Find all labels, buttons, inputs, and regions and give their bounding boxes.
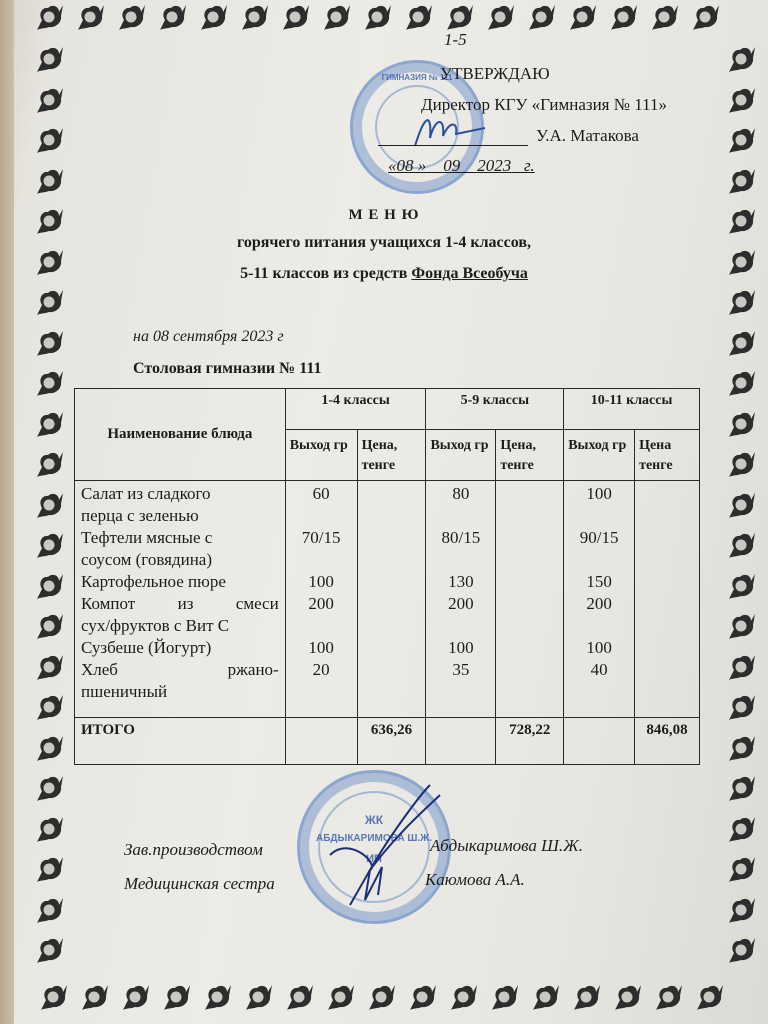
yield-value	[564, 681, 634, 703]
menu-title: М Е Н Ю	[0, 207, 768, 224]
total-empty	[564, 718, 635, 765]
yield-value	[286, 505, 357, 527]
flower-ornament-icon	[34, 166, 64, 196]
menu-date: на 08 сентября 2023 г	[133, 328, 284, 346]
flower-ornament-icon	[653, 982, 683, 1012]
flower-ornament-icon	[325, 982, 355, 1012]
signature-role: Медицинская сестра	[124, 874, 275, 894]
dish-column-header: Наименование блюда	[75, 389, 286, 481]
flower-ornament-icon	[448, 982, 478, 1012]
yield-cell-5-9: 80 80/15 130200 10035	[426, 481, 496, 718]
approval-date: «08 » 09 2023 г.	[388, 156, 535, 176]
price-cell-5-9	[496, 481, 564, 718]
flower-ornament-icon	[612, 982, 642, 1012]
flower-ornament-icon	[726, 814, 756, 844]
yield-value: 80	[426, 483, 495, 505]
flower-ornament-icon	[567, 2, 597, 32]
flower-ornament-icon	[366, 982, 396, 1012]
yield-value: 100	[286, 637, 357, 659]
flower-ornament-icon	[202, 982, 232, 1012]
flower-ornament-icon	[34, 935, 64, 965]
yield-value: 200	[426, 593, 495, 615]
menu-subtitle-2: 5-11 классов из средств Фонда Всеобуча	[0, 265, 768, 283]
flower-ornament-icon	[489, 982, 519, 1012]
flower-ornament-icon	[726, 854, 756, 884]
flower-ornament-icon	[726, 490, 756, 520]
approved-label: УТВЕРЖДАЮ	[440, 64, 550, 84]
yield-value	[426, 549, 495, 571]
yield-value: 200	[564, 593, 634, 615]
yield-value: 70/15	[286, 527, 357, 549]
flower-ornament-icon	[726, 611, 756, 641]
date-suffix: г.	[524, 156, 535, 175]
flower-ornament-icon	[34, 814, 64, 844]
flower-ornament-icon	[34, 44, 64, 74]
flower-ornament-icon	[34, 895, 64, 925]
yield-header: Выход гр	[426, 430, 496, 481]
yield-value: 150	[564, 571, 634, 593]
flower-ornament-icon	[726, 571, 756, 601]
dish-name-line: Хлебржано-	[81, 659, 279, 681]
subtitle-prefix: 5-11 классов из средств	[240, 265, 411, 282]
yield-value: 100	[564, 637, 634, 659]
flower-ornament-icon	[34, 773, 64, 803]
signatory-line: У.А. Матакова	[378, 126, 639, 146]
yield-cell-1-4: 60 70/15 100200 10020	[285, 481, 357, 718]
flower-ornament-icon	[34, 287, 64, 317]
group-header-1-4: 1-4 классы	[285, 389, 426, 430]
flower-ornament-icon	[407, 982, 437, 1012]
date-year: 2023	[477, 156, 511, 175]
yield-value	[564, 549, 634, 571]
yield-value: 100	[426, 637, 495, 659]
flower-ornament-icon	[116, 2, 146, 32]
flower-ornament-icon	[120, 982, 150, 1012]
flower-ornament-icon	[239, 2, 269, 32]
flower-ornament-icon	[321, 2, 351, 32]
flower-ornament-icon	[34, 85, 64, 115]
dish-name-line: сух/фруктов с Вит С	[81, 615, 279, 637]
price-header: Цена тенге	[635, 430, 700, 481]
dish-name-line: Картофельное пюре	[81, 571, 279, 593]
flower-ornament-icon	[403, 2, 433, 32]
menu-subtitle-1: горячего питания учащихся 1-4 классов,	[0, 234, 768, 252]
flower-ornament-icon	[726, 449, 756, 479]
yield-value	[286, 615, 357, 637]
total-10-11: 846,08	[635, 718, 700, 765]
yield-value: 100	[286, 571, 357, 593]
table-body-row: Салат из сладкогоперца с зеленьюТефтели …	[75, 481, 700, 718]
yield-value: 100	[564, 483, 634, 505]
menu-table: Наименование блюда 1-4 классы 5-9 классы…	[74, 388, 700, 765]
flower-ornament-icon	[362, 2, 392, 32]
flower-ornament-icon	[34, 733, 64, 763]
yield-value	[564, 505, 634, 527]
flower-ornament-icon	[34, 692, 64, 722]
flower-ornament-icon	[726, 733, 756, 763]
yield-value: 130	[426, 571, 495, 593]
yield-header: Выход гр	[285, 430, 357, 481]
flower-ornament-icon	[726, 44, 756, 74]
dish-name-line: перца с зеленью	[81, 505, 279, 527]
flower-ornament-icon	[530, 982, 560, 1012]
flower-ornament-icon	[34, 328, 64, 358]
flower-ornament-icon	[161, 982, 191, 1012]
flower-ornament-icon	[571, 982, 601, 1012]
flower-ornament-icon	[526, 2, 556, 32]
dish-name-line: Сузбеше (Йогурт)	[81, 637, 279, 659]
price-cell-1-4	[357, 481, 426, 718]
director-line: Директор КГУ «Гимназия № 111»	[421, 95, 667, 115]
flower-ornament-icon	[198, 2, 228, 32]
total-5-9: 728,22	[496, 718, 564, 765]
flower-ornament-icon	[726, 895, 756, 925]
yield-value: 90/15	[564, 527, 634, 549]
yield-value: 200	[286, 593, 357, 615]
yield-value: 35	[426, 659, 495, 681]
group-header-10-11: 10-11 классы	[564, 389, 700, 430]
price-header: Цена, тенге	[357, 430, 426, 481]
dish-name-line: пшеничный	[81, 681, 279, 703]
flower-ornament-icon	[34, 530, 64, 560]
yield-value: 60	[286, 483, 357, 505]
yield-value: 20	[286, 659, 357, 681]
page-number: 1-5	[444, 30, 467, 50]
dish-name-line: соусом (говядина)	[81, 549, 279, 571]
flower-ornament-icon	[284, 982, 314, 1012]
flower-ornament-icon	[34, 409, 64, 439]
flower-ornament-icon	[34, 2, 64, 32]
flower-ornament-icon	[79, 982, 109, 1012]
yield-value: 80/15	[426, 527, 495, 549]
total-1-4: 636,26	[357, 718, 426, 765]
yield-value: 40	[564, 659, 634, 681]
flower-ornament-icon	[726, 692, 756, 722]
yield-value	[426, 681, 495, 703]
signature-name: Абдыкаримова Ш.Ж.	[430, 836, 583, 856]
flower-ornament-icon	[608, 2, 638, 32]
flower-ornament-icon	[726, 85, 756, 115]
total-empty	[426, 718, 496, 765]
chef-signature	[310, 775, 450, 915]
flower-ornament-icon	[34, 854, 64, 884]
signature-name: Каюмова А.А.	[425, 870, 525, 890]
flower-ornament-icon	[34, 125, 64, 155]
flower-ornament-icon	[726, 287, 756, 317]
yield-value	[286, 549, 357, 571]
yield-header: Выход гр	[564, 430, 635, 481]
yield-value	[426, 505, 495, 527]
dish-name-line: Тефтели мясные с	[81, 527, 279, 549]
flower-ornament-icon	[690, 2, 720, 32]
date-month: 09	[443, 156, 460, 175]
date-day: «08 »	[388, 156, 426, 175]
flower-ornament-icon	[34, 611, 64, 641]
flower-ornament-icon	[34, 571, 64, 601]
flower-ornament-icon	[649, 2, 679, 32]
flower-ornament-icon	[726, 935, 756, 965]
flower-ornament-icon	[485, 2, 515, 32]
flower-ornament-icon	[34, 652, 64, 682]
table-header-groups: Наименование блюда 1-4 классы 5-9 классы…	[75, 389, 700, 430]
group-header-5-9: 5-9 классы	[426, 389, 564, 430]
flower-ornament-icon	[694, 982, 724, 1012]
price-header: Цена, тенге	[496, 430, 564, 481]
flower-ornament-icon	[726, 530, 756, 560]
flower-ornament-icon	[75, 2, 105, 32]
flower-ornament-icon	[726, 773, 756, 803]
flower-ornament-icon	[726, 368, 756, 398]
signatory-name: У.А. Матакова	[536, 126, 639, 145]
flower-ornament-icon	[34, 449, 64, 479]
yield-value	[564, 615, 634, 637]
flower-ornament-icon	[157, 2, 187, 32]
flower-ornament-icon	[726, 125, 756, 155]
total-row: ИТОГО 636,26 728,22 846,08	[75, 718, 700, 765]
flower-ornament-icon	[726, 409, 756, 439]
scanned-document-page: 1-5 ГИМНАЗИЯ № 111 УТВЕРЖДАЮ Директор КГ…	[0, 0, 768, 1024]
flower-ornament-icon	[280, 2, 310, 32]
canteen-name: Столовая гимназии № 111	[133, 360, 321, 378]
price-cell-10-11	[635, 481, 700, 718]
fund-name: Фонда Всеобуча	[411, 265, 528, 282]
flower-ornament-icon	[726, 328, 756, 358]
flower-ornament-icon	[34, 490, 64, 520]
flower-ornament-icon	[444, 2, 474, 32]
page-edge-shadow	[0, 0, 14, 1024]
signature-blank	[378, 145, 528, 146]
total-empty	[285, 718, 357, 765]
dish-names-cell: Салат из сладкогоперца с зеленьюТефтели …	[75, 481, 286, 718]
yield-value	[426, 615, 495, 637]
signature-role: Зав.производством	[124, 840, 263, 860]
yield-value	[286, 681, 357, 703]
flower-ornament-icon	[38, 982, 68, 1012]
dish-name-line: Компотизсмеси	[81, 593, 279, 615]
flower-ornament-icon	[243, 982, 273, 1012]
flower-ornament-icon	[34, 368, 64, 398]
flower-ornament-icon	[726, 166, 756, 196]
yield-cell-10-11: 100 90/15 150200 10040	[564, 481, 635, 718]
dish-name-line: Салат из сладкого	[81, 483, 279, 505]
flower-ornament-icon	[726, 652, 756, 682]
total-label: ИТОГО	[75, 718, 286, 765]
